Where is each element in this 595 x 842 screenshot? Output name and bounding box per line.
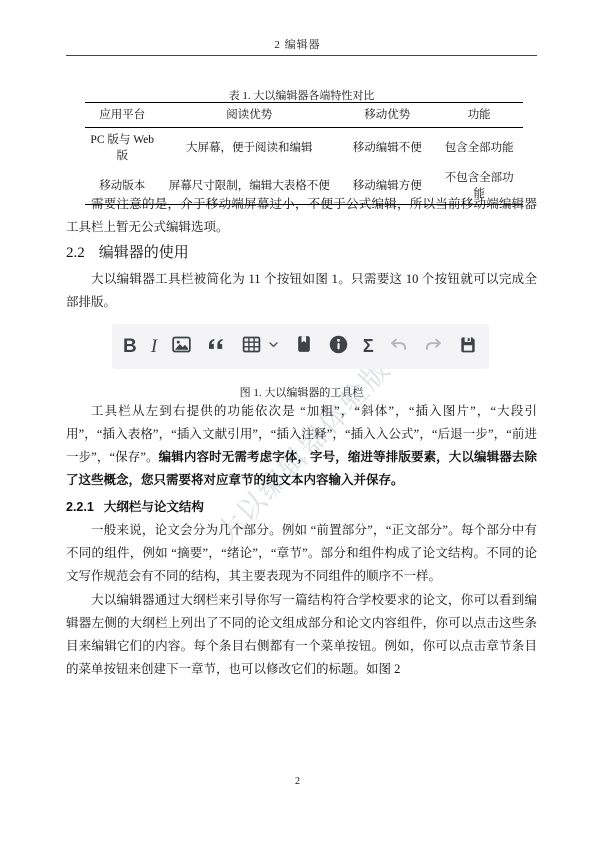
insert-table-button: [241, 332, 280, 362]
table-cell: 包含全部功能: [435, 128, 523, 169]
toolbar-figure: B I: [112, 324, 489, 369]
insert-note-button: [328, 332, 349, 362]
table-header-row: 应用平台 阅读优势 移动优势 功能: [85, 103, 523, 128]
comparison-table: 应用平台 阅读优势 移动优势 功能 PC 版与 Web 版 大屏幕，便于阅读和编…: [85, 102, 523, 205]
paragraph-toolbar-functions: 工具栏从左到右提供的功能依次是 “加粗”，“斜体”，“插入图片”，“大段引用”，…: [66, 400, 537, 492]
paragraph-toolbar-intro: 大以编辑器工具栏被简化为 11 个按钮如图 1。只需要这 10 个按钮就可以完成…: [66, 268, 537, 314]
table-cell: 移动编辑不便: [339, 128, 435, 169]
section-heading-2-2: 2.2编辑器的使用: [66, 241, 189, 262]
col-header: 功能: [435, 103, 523, 128]
redo-button: [423, 332, 444, 362]
bold-button: B: [123, 332, 137, 362]
citation-book-icon: [294, 334, 314, 359]
sigma-icon: Σ: [363, 336, 374, 357]
insert-citation-button: [294, 332, 314, 362]
table-caption: 表 1. 大以编辑器各端特性对比: [66, 87, 537, 103]
header-rule: [66, 55, 537, 56]
table-icon: [241, 334, 262, 360]
paragraph-structure: 一般来说，论文会分为几个部分。例如 “前置部分”，“正文部分”。每个部分中有不同…: [66, 519, 537, 588]
quote-icon: [206, 334, 226, 359]
table-cell: PC 版与 Web 版: [85, 128, 159, 169]
insert-image-button: [171, 332, 192, 362]
section-number: 2.2.1: [66, 500, 94, 514]
figure-caption: 图 1. 大以编辑器的工具栏: [66, 384, 537, 400]
italic-icon: I: [151, 336, 157, 358]
page-header: 2 编辑器: [0, 36, 595, 52]
document-page: 大以编辑器体验版 2 编辑器 表 1. 大以编辑器各端特性对比 应用平台 阅读优…: [0, 0, 595, 842]
redo-icon: [423, 334, 444, 360]
chevron-down-icon: [267, 338, 280, 356]
paragraph-note: 需要注意的是，介于移动端屏幕过小，不便于公式编辑，所以当前移动端编辑器工具栏上暂…: [66, 193, 537, 239]
paragraph-outline: 大以编辑器通过大纲栏来引导你写一篇结构符合学校要求的论文，你可以看到编辑器左侧的…: [66, 589, 537, 681]
table-cell: 大屏幕，便于阅读和编辑: [159, 128, 339, 169]
section-title: 编辑器的使用: [99, 245, 189, 261]
col-header: 移动优势: [339, 103, 435, 128]
save-button: [458, 332, 478, 362]
insert-formula-button: Σ: [363, 332, 374, 362]
image-icon: [171, 334, 192, 360]
section-number: 2.2: [66, 245, 85, 261]
italic-button: I: [151, 332, 157, 362]
col-header: 阅读优势: [159, 103, 339, 128]
info-icon: [328, 334, 349, 360]
save-floppy-icon: [458, 334, 478, 359]
blockquote-button: [206, 332, 226, 362]
undo-button: [388, 332, 409, 362]
page-number: 2: [0, 776, 595, 787]
table-row: PC 版与 Web 版 大屏幕，便于阅读和编辑 移动编辑不便 包含全部功能: [85, 128, 523, 169]
bold-icon: B: [123, 336, 137, 358]
col-header: 应用平台: [85, 103, 159, 128]
section-title: 大纲栏与论文结构: [104, 500, 204, 514]
undo-icon: [388, 334, 409, 360]
section-heading-2-2-1: 2.2.1大纲栏与论文结构: [66, 497, 204, 515]
